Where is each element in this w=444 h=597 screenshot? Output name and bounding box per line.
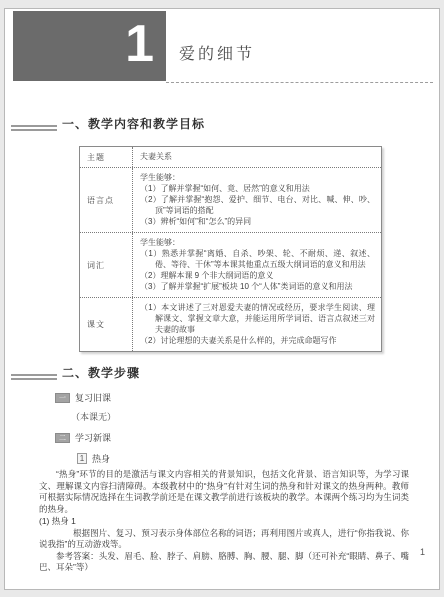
row-content: （1）本文讲述了三对恩爱夫妻的情况或经历，要求学生阅读、理解课文、掌握文章大意，… — [132, 298, 381, 351]
step-note: （本课无） — [71, 410, 439, 423]
teaching-steps: 一 复习旧课 （本课无） 二 学习新课 1 热身 — [55, 391, 439, 465]
table-row: 词汇 学生能够： （1）熟悉并掌握“离婚、自杀、吵架、轮、不耐烦、递、叙述、倦、… — [80, 233, 381, 298]
substep-number-icon: 1 — [77, 453, 87, 464]
answer-paragraph: 参考答案：头发、眉毛、脸、脖子、肩膀、胳膊、胸、腰、腿、脚（还可补充“眼睛、鼻子… — [39, 551, 409, 574]
section2-heading: 二、教学步骤 — [11, 364, 439, 381]
table-cell-line: 学生能够： — [140, 172, 375, 183]
table-cell-line: （3）了解并掌握“扩展”板块 10 个“人体”类词语的意义和用法 — [140, 281, 375, 292]
page-number: 1 — [420, 547, 425, 557]
unit-number-box: 1 — [13, 11, 166, 81]
objectives-table: 主题 夫妻关系 语言点 学生能够： （1）了解并掌握“如何、竟、居然”的意义和用… — [79, 146, 382, 352]
section1-heading-text: 一、教学内容和教学目标 — [62, 115, 205, 132]
activity-paragraph: 根据图片、复习、预习表示身体部位名称的词语；再利用图片或真人，进行“你指我说、你… — [39, 528, 409, 551]
page-background: 1 爱的细节 一、教学内容和教学目标 主题 夫妻关系 语言点 学生能够： （1）… — [0, 0, 444, 597]
warmup-paragraph: “热身”环节的目的是激活与课文内容相关的背景知识，包括文化背景、语言知识等，为学… — [39, 469, 409, 515]
header-dashed-divider — [166, 82, 433, 83]
table-cell-line: （2）讨论理想的夫妻关系是什么样的，并完成命题写作 — [140, 335, 375, 346]
table-cell-line: （1）本文讲述了三对恩爱夫妻的情况或经历，要求学生阅读、理解课文、掌握文章大意，… — [140, 302, 375, 335]
step-review: 一 复习旧课 — [55, 391, 439, 404]
table-cell-line: （1）了解并掌握“如何、竟、居然”的意义和用法 — [140, 183, 375, 194]
heading-double-line-icon — [11, 125, 57, 131]
row-content: 学生能够： （1）熟悉并掌握“离婚、自杀、吵架、轮、不耐烦、递、叙述、倦、等待、… — [132, 233, 381, 297]
row-content: 学生能够： （1）了解并掌握“如何、竟、居然”的意义和用法 （2）了解并掌握“抱… — [132, 168, 381, 232]
table-cell-line: （2）了解并掌握“抱怨、爱护、细节、电台、对比、喊、伸、吵、顶”等词语的搭配 — [140, 194, 375, 216]
step-badge-icon: 一 — [55, 393, 70, 403]
table-row: 课文 （1）本文讲述了三对恩爱夫妻的情况或经历，要求学生阅读、理解课文、掌握文章… — [80, 298, 381, 351]
row-label: 语言点 — [80, 168, 132, 232]
table-cell-line: （3）辨析“如何”和“怎么”的异同 — [140, 216, 375, 227]
table-cell-line: （2）理解本课 9 个非大纲词语的意义 — [140, 270, 375, 281]
table-cell-line: 学生能够： — [140, 237, 375, 248]
step-badge-icon: 二 — [55, 433, 70, 443]
row-label: 词汇 — [80, 233, 132, 297]
row-content: 夫妻关系 — [132, 147, 381, 167]
row-label: 课文 — [80, 298, 132, 351]
step-new-lesson: 二 学习新课 — [55, 431, 439, 444]
step-label: 复习旧课 — [75, 391, 111, 404]
row-label: 主题 — [80, 147, 132, 167]
substep-warmup: 1 热身 — [77, 452, 439, 465]
heading-double-line-icon — [11, 374, 57, 380]
document-page: 1 爱的细节 一、教学内容和教学目标 主题 夫妻关系 语言点 学生能够： （1）… — [4, 8, 440, 590]
step-label: 学习新课 — [75, 431, 111, 444]
warmup-item-heading: (1) 热身 1 — [39, 516, 409, 528]
unit-number: 1 — [13, 11, 166, 77]
table-row: 语言点 学生能够： （1）了解并掌握“如何、竟、居然”的意义和用法 （2）了解并… — [80, 168, 381, 233]
table-cell-line: 夫妻关系 — [140, 151, 375, 162]
substep-label: 热身 — [92, 452, 110, 465]
unit-title: 爱的细节 — [179, 41, 255, 64]
unit-header: 1 爱的细节 — [5, 11, 439, 83]
section1-heading: 一、教学内容和教学目标 — [11, 115, 439, 132]
section2-heading-text: 二、教学步骤 — [62, 364, 140, 381]
table-cell-line: （1）熟悉并掌握“离婚、自杀、吵架、轮、不耐烦、递、叙述、倦、等待、干休”等本课… — [140, 248, 375, 270]
body-text: “热身”环节的目的是激活与课文内容相关的背景知识，包括文化背景、语言知识等，为学… — [39, 469, 409, 574]
table-row: 主题 夫妻关系 — [80, 147, 381, 168]
